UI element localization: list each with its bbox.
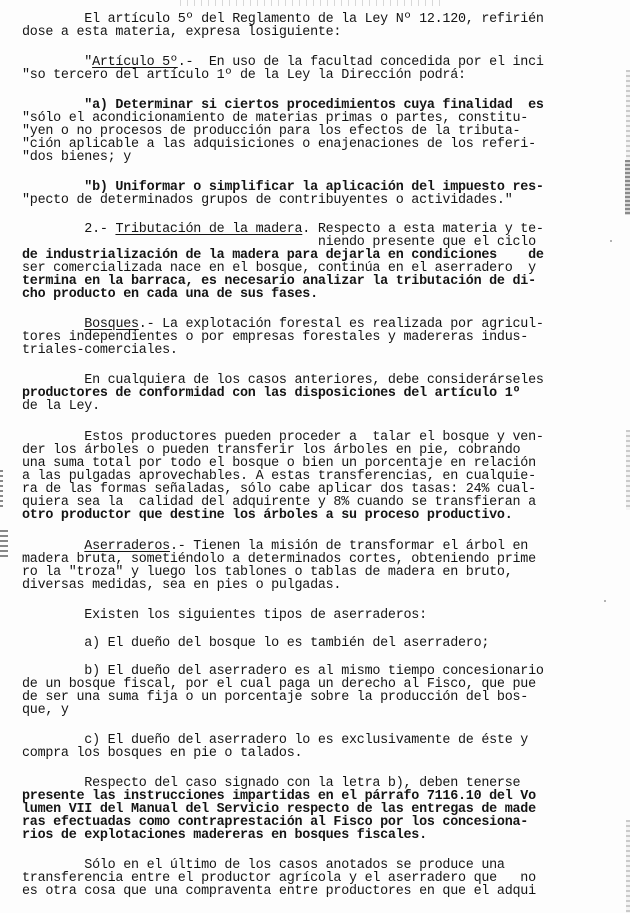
scan-speck xyxy=(604,600,606,602)
text-line: "dos bienes; y xyxy=(22,151,131,164)
scanned-document-page: El artículo 5º del Reglamento de la Ley … xyxy=(0,0,630,913)
text-line: otro productor que destine los árboles a… xyxy=(22,509,513,522)
scan-smudge-left xyxy=(0,470,3,510)
text-line: que, y xyxy=(22,704,69,717)
text-line: es otra cosa que una compraventa entre p… xyxy=(22,885,536,898)
text-line: de ser una suma fija o un porcentaje sob… xyxy=(22,691,528,704)
scan-edge-right xyxy=(626,820,630,913)
scan-smudge-left xyxy=(0,530,8,558)
text-line: de la Ley. xyxy=(22,400,100,413)
list-item-a: a) El dueño del bosque lo es también del… xyxy=(22,637,489,650)
text-line: rios de explotaciones madereras en bosqu… xyxy=(22,829,427,842)
scan-noise-top xyxy=(180,0,440,6)
scan-speck xyxy=(610,240,612,242)
text-line: Existen los siguientes tipos de aserrade… xyxy=(22,609,427,622)
text-line: "pecto de determinados grupos de contrib… xyxy=(22,194,513,207)
scan-edge-right xyxy=(626,430,630,510)
scan-edge-right-dark xyxy=(625,160,630,215)
text-line: triales-comerciales. xyxy=(22,344,178,357)
scan-edge-right xyxy=(626,70,630,160)
text-line: cho producto en cada una de sus fases. xyxy=(22,288,318,301)
text-line: compra los bosques en pie o talados. xyxy=(22,747,302,760)
text-line: diversas medidas, sea en pies o pulgadas… xyxy=(22,579,341,592)
text-line: "so tercero del artículo 1º de la Ley la… xyxy=(22,69,466,82)
text-line: dose a esta materia, expresa losiguiente… xyxy=(22,26,341,39)
